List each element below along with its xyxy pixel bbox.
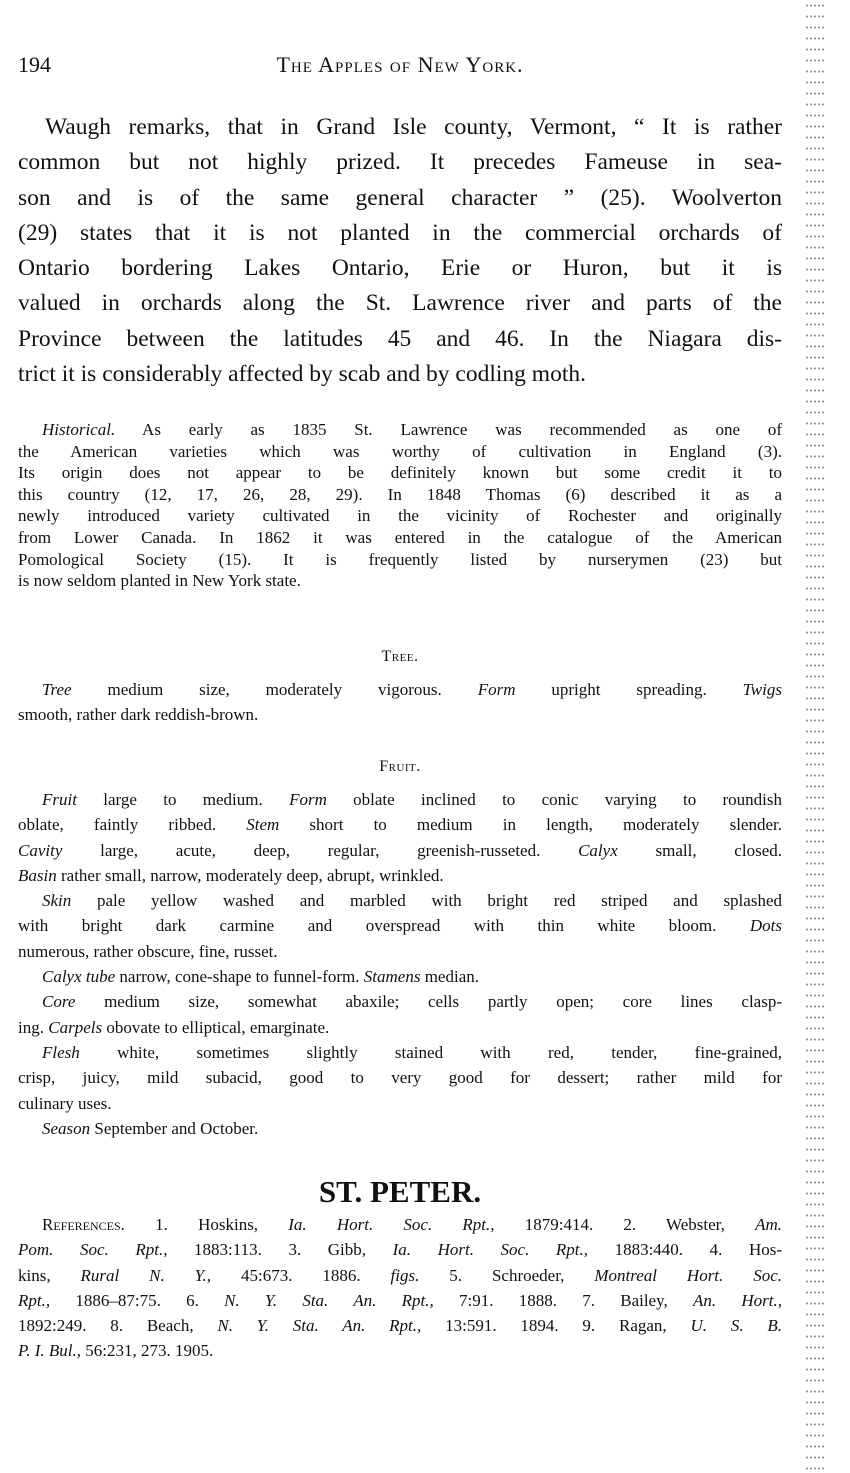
text-line: valued in orchards along the St. Lawrenc… <box>18 286 782 321</box>
references-label: References. <box>42 1215 125 1234</box>
term: Calyx <box>578 841 618 860</box>
text-line: this country (12, 17, 26, 28, 29). In 18… <box>18 484 782 506</box>
text-line: Skin pale yellow washed and marbled with… <box>18 888 782 913</box>
text-line: Waugh remarks, that in Grand Isle county… <box>18 110 782 145</box>
term: Basin <box>18 866 57 885</box>
variety-title: ST. PETER. <box>18 1174 782 1210</box>
main-paragraph: Waugh remarks, that in Grand Isle county… <box>18 110 782 392</box>
text-line: References. 1. Hoskins, Ia. Hort. Soc. R… <box>18 1212 782 1237</box>
text-run: 1883:440. 4. Hos- <box>588 1240 782 1259</box>
term: Form <box>289 790 327 809</box>
citation-title: An. Hort., <box>693 1291 782 1310</box>
term: Carpels <box>48 1018 102 1037</box>
text-run: 13:591. 1894. 9. Ragan, <box>421 1316 690 1335</box>
text-run: large to medium. <box>77 790 289 809</box>
tree-paragraph: Tree medium size, moderately vigorous. F… <box>18 677 782 728</box>
running-title: The Apples of New York. <box>18 52 782 78</box>
text-line: Basin rather small, narrow, moderately d… <box>18 863 782 888</box>
citation-title: Rpt., <box>18 1291 50 1310</box>
text-line: ing. Carpels obovate to elliptical, emar… <box>18 1015 782 1040</box>
text-line: Its origin does not appear to be definit… <box>18 462 782 484</box>
term: Flesh <box>42 1043 80 1062</box>
text-run: narrow, cone-shape to funnel-form. <box>115 967 364 986</box>
text-line: P. I. Bul., 56:231, 273. 1905. <box>18 1338 782 1363</box>
text-run: 1879:414. 2. Webster, <box>495 1215 756 1234</box>
citation-title: P. I. Bul., <box>18 1341 81 1360</box>
term: Fruit <box>42 790 77 809</box>
term: Tree <box>42 680 72 699</box>
text-line: kins, Rural N. Y., 45:673. 1886. figs. 5… <box>18 1263 782 1288</box>
text-line: Ontario bordering Lakes Ontario, Erie or… <box>18 251 782 286</box>
term: Stem <box>246 815 279 834</box>
text-line: Pomological Society (15). It is frequent… <box>18 549 782 571</box>
term: Dots <box>750 916 782 935</box>
text-line: the American varieties which was worthy … <box>18 441 782 463</box>
text-run: 1. Hoskins, Ia. Hort. Soc. Rpt., 1879:41… <box>125 1215 782 1234</box>
text-line: 1892:249. 8. Beach, N. Y. Sta. An. Rpt.,… <box>18 1313 782 1338</box>
text-line: Pom. Soc. Rpt., 1883:113. 3. Gibb, Ia. H… <box>18 1237 782 1262</box>
text-run: 5. Schroeder, <box>419 1266 594 1285</box>
text-run: medium size, somewhat abaxile; cells par… <box>75 992 782 1011</box>
term: Season <box>42 1119 90 1138</box>
citation-title: Am. <box>755 1215 782 1234</box>
citation-title: Rural N. Y., <box>81 1266 212 1285</box>
historical-label: Historical. <box>42 420 115 439</box>
text-run: obovate to elliptical, emarginate. <box>102 1018 329 1037</box>
term: Calyx tube <box>42 967 115 986</box>
text-run: 1892:249. 8. Beach, <box>18 1316 217 1335</box>
text-run: oblate, faintly ribbed. <box>18 815 246 834</box>
text-line: Rpt., 1886–87:75. 6. N. Y. Sta. An. Rpt.… <box>18 1288 782 1313</box>
text-line: (29) states that it is not planted in th… <box>18 216 782 251</box>
text-line: numerous, rather obscure, fine, russet. <box>18 939 782 964</box>
text-run: median. <box>420 967 479 986</box>
fruit-paragraphs: Fruit large to medium. Form oblate incli… <box>18 787 782 1141</box>
text-line: common but not highly prized. It precede… <box>18 145 782 180</box>
text-line: Fruit large to medium. Form oblate incli… <box>18 787 782 812</box>
text-line: crisp, juicy, mild subacid, good to very… <box>18 1065 782 1090</box>
text-run: upright spreading. <box>515 680 742 699</box>
citation-title: N. Y. Sta. An. Rpt., <box>217 1316 421 1335</box>
scan-edge-artifact <box>805 0 825 1473</box>
text-line: from Lower Canada. In 1862 it was entere… <box>18 527 782 549</box>
citation-title: U. S. B. <box>690 1316 782 1335</box>
text-line: smooth, rather dark reddish-brown. <box>18 702 782 727</box>
text-run: large, acute, deep, regular, greenish-ru… <box>62 841 578 860</box>
historical-paragraph: Historical. As early as 1835 St. Lawrenc… <box>18 419 782 592</box>
citation-title: Montreal Hort. Soc. <box>594 1266 782 1285</box>
text-run: oblate inclined to conic varying to roun… <box>327 790 782 809</box>
text-line: culinary uses. <box>18 1091 782 1116</box>
text-run: with bright dark carmine and overspread … <box>18 916 750 935</box>
text-run: white, sometimes slightly stained with r… <box>80 1043 782 1062</box>
citation-title: Ia. Hort. Soc. Rpt., <box>393 1240 588 1259</box>
text-run: As early as 1835 St. Lawrence was recomm… <box>115 420 782 439</box>
text-line: son and is of the same general character… <box>18 181 782 216</box>
text-run: medium size, moderately vigorous. <box>72 680 478 699</box>
text-run: 7:91. 1888. 7. Bailey, <box>434 1291 693 1310</box>
book-page: 194 The Apples of New York. Waugh remark… <box>0 0 850 1473</box>
text-run: 1. Hoskins, <box>125 1215 288 1234</box>
text-line: newly introduced variety cultivated in t… <box>18 505 782 527</box>
term: Stamens <box>364 967 421 986</box>
text-line: with bright dark carmine and overspread … <box>18 913 782 938</box>
text-run: 45:673. 1886. <box>211 1266 390 1285</box>
section-heading-tree: Tree. <box>18 648 782 666</box>
references-paragraph: References. 1. Hoskins, Ia. Hort. Soc. R… <box>18 1212 782 1364</box>
text-line: Tree medium size, moderately vigorous. F… <box>18 677 782 702</box>
text-line: Province between the latitudes 45 and 46… <box>18 322 782 357</box>
text-run: 1886–87:75. 6. <box>50 1291 224 1310</box>
citation-title: figs. <box>391 1266 420 1285</box>
term: Cavity <box>18 841 62 860</box>
text-line: Historical. As early as 1835 St. Lawrenc… <box>18 419 782 441</box>
term: Form <box>478 680 516 699</box>
text-run: small, closed. <box>618 841 782 860</box>
text-run: September and October. <box>90 1119 258 1138</box>
text-line: Calyx tube narrow, cone-shape to funnel-… <box>18 964 782 989</box>
text-run: pale yellow washed and marbled with brig… <box>71 891 782 910</box>
text-line: is now seldom planted in New York state. <box>18 570 782 592</box>
citation-title: Pom. Soc. Rpt., <box>18 1240 167 1259</box>
running-head: 194 The Apples of New York. <box>18 52 782 82</box>
text-run: short to medium in length, moderately sl… <box>279 815 782 834</box>
citation-title: N. Y. Sta. An. Rpt., <box>224 1291 434 1310</box>
text-run: 56:231, 273. 1905. <box>81 1341 213 1360</box>
term: Twigs <box>743 680 782 699</box>
text-line: Flesh white, sometimes slightly stained … <box>18 1040 782 1065</box>
text-line: oblate, faintly ribbed. Stem short to me… <box>18 812 782 837</box>
text-run: kins, <box>18 1266 81 1285</box>
term: Core <box>42 992 75 1011</box>
text-line: Cavity large, acute, deep, regular, gree… <box>18 838 782 863</box>
section-heading-fruit: Fruit. <box>18 758 782 776</box>
text-run: rather small, narrow, moderately deep, a… <box>57 866 444 885</box>
text-run: 1883:113. 3. Gibb, <box>167 1240 392 1259</box>
text-run: ing. <box>18 1018 48 1037</box>
text-line: trict it is considerably affected by sca… <box>18 357 782 392</box>
term: Skin <box>42 891 71 910</box>
text-line: Core medium size, somewhat abaxile; cell… <box>18 989 782 1014</box>
text-line: Season September and October. <box>18 1116 782 1141</box>
citation-title: Ia. Hort. Soc. Rpt., <box>288 1215 494 1234</box>
